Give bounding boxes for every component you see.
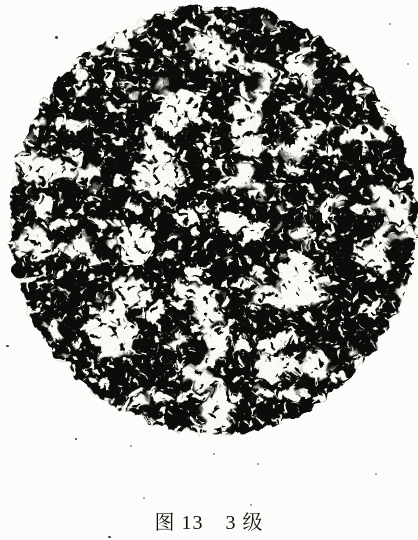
- figure-caption: 图 13 3 级: [0, 506, 418, 535]
- print-speck: [389, 23, 391, 25]
- print-speck: [213, 453, 215, 455]
- print-speck: [250, 504, 252, 506]
- print-speck: [375, 473, 377, 475]
- micrograph-field: [0, 0, 418, 445]
- print-speck: [143, 497, 145, 499]
- micrograph-image: 1: [0, 0, 418, 452]
- print-speck: [75, 438, 77, 440]
- print-speck: [257, 463, 259, 465]
- print-speck: [407, 63, 409, 65]
- print-speck: [130, 445, 132, 447]
- figure-number: 图 13: [155, 506, 204, 535]
- micrograph-annotation-1: 1: [132, 237, 138, 251]
- print-speck: [55, 36, 58, 39]
- scanned-page: 1 图 13 3 级: [0, 0, 418, 540]
- print-speck: [108, 536, 111, 538]
- figure-grade-label: 3 级: [226, 506, 264, 535]
- micrograph-figure: 1 图 13 3 级: [0, 0, 418, 452]
- print-speck: [6, 345, 9, 347]
- texture-dark-grain: [0, 0, 418, 445]
